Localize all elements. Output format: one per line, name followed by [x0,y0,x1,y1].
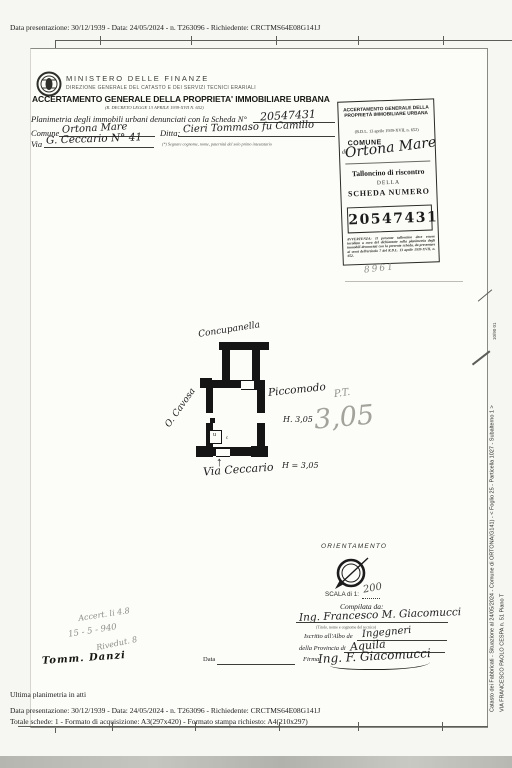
plan-wall-lower-bottom [198,447,266,456]
talloncino-scheda-label: SCHEDA NUMERO [341,186,436,198]
height-note-1: H. 3,05 [283,415,313,424]
plan-window-sill [257,410,265,413]
document-title: ACCERTAMENTO GENERALE DELLA PROPRIETA' I… [32,94,330,104]
scanned-cadastral-document: Data presentazione: 30/12/1939 - Data: 2… [0,0,512,768]
side-caption-line1: Catasto dei Fabbricati - Situazione al 2… [489,372,495,712]
firma-label: Firma [303,656,319,663]
plan-fixture-glyph: u [213,432,216,438]
ruler-tick [358,36,359,45]
document-law-ref: (R. DECRETO LEGGE 13 APRILE 1939-XVII N.… [105,105,204,110]
data-label: Data [203,656,215,663]
height-note-2: H = 3,05 [282,461,319,470]
talloncino-box: ACCERTAMENTO GENERALE DELLA PROPRIETÀ IM… [337,98,440,265]
ruler-tick [358,722,359,731]
faint-line [345,281,463,282]
side-page-marker: 10/90 01 [492,310,497,340]
ruler-tick [195,722,196,731]
ministry-directorate: DIREZIONE GENERALE DEL CATASTO E DEI SER… [66,85,256,91]
talloncino-law: (R.D.L. 13 aprile 1939-XVII, n. 652) [342,126,431,134]
ruler-tick [100,36,101,45]
plan-opening-internal [241,380,254,390]
signature-underline [296,622,448,623]
data-underline [217,664,295,665]
footer-line1: Ultima planimetria in atti [10,690,86,699]
plan-fixture-box: u [209,430,222,444]
orientation-title: ORIENTAMENTO [321,543,387,550]
talloncino-comune-handwritten: Ortona Mare [344,134,437,161]
scan-artifact-band [0,756,512,768]
talloncino-number-frame: 20547431 [347,205,433,234]
ruler-tick [276,36,277,45]
scale-label: SCALA di 1: [325,591,359,598]
plan-opening-right [256,413,266,423]
via-label: Via [31,139,42,149]
footer-line3: Totale schede: 1 - Formato di acquisizio… [10,717,308,726]
plan-door-stub [210,418,215,423]
talloncino-avvertenza: AVVERTENZA: Il presente talloncino deve … [347,234,436,258]
talloncino-riscontro: Talloncino di riscontro [341,166,436,178]
scan-top-meta: Data presentazione: 30/12/1939 - Data: 2… [10,23,320,32]
talloncino-title: ACCERTAMENTO GENERALE DELLA PROPRIETÀ IM… [341,104,430,118]
footer-line2: Data presentazione: 30/12/1939 - Data: 2… [10,706,320,715]
albo-label: Iscritto all'Albo de [304,633,353,640]
ruler-tick [191,36,192,45]
plan-door-mark: c [226,436,228,441]
floor-label: P.T. [333,387,351,400]
bottom-ruler-line [18,726,488,727]
talloncino-comune-underline [345,161,430,165]
height-pencil-large: 3,05 [313,399,376,435]
ruler-tick [112,722,113,731]
via-underline [44,147,154,148]
talloncino-scheda-number: 20547431 [348,210,432,229]
ruler-tick [279,722,280,731]
side-caption-line2: VIA FRANCESCO PAOLO CESPA n. 51 Piano T [499,502,505,712]
ruler-tick [442,722,443,731]
ministry-name: MINISTERO DELLE FINANZE [66,74,209,83]
plan-window-sill [257,423,265,426]
first-holder-footnote: (*) Segnare cognome, nome, paternità del… [162,142,272,147]
scale-underline [362,598,380,599]
ruler-tick [443,36,444,45]
ditta-underline [178,136,335,137]
